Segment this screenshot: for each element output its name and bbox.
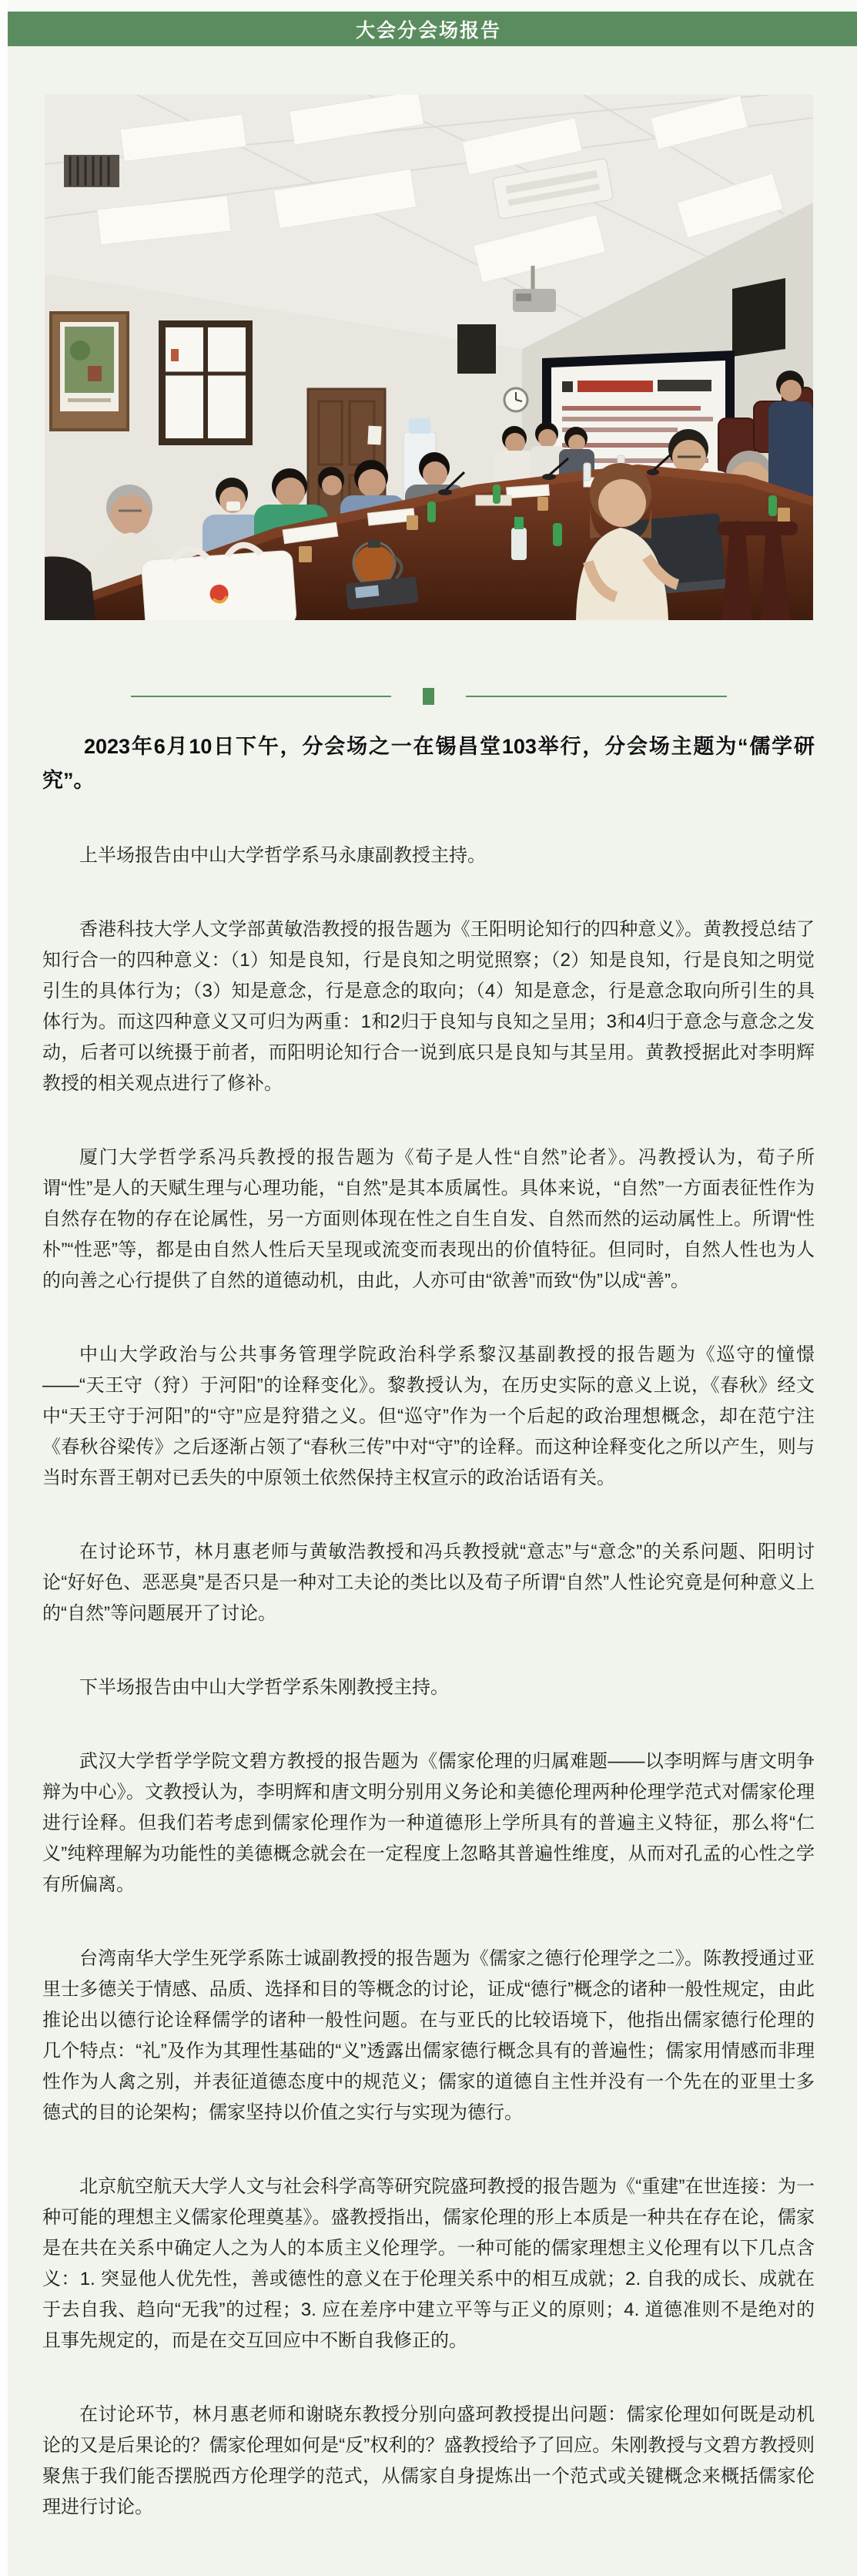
lead-paragraph: 2023年6月10日下午，分会场之一在锡昌堂103举行，分会场主题为“儒学研究”… [42,730,815,797]
wall-grille [64,155,119,187]
divider-line-right-icon [466,696,727,697]
conference-photo[interactable] [45,95,813,620]
paragraph-session1-host: 上半场报告由中山大学哲学系马永康副教授主持。 [42,840,815,871]
paragraph-discussion-2: 在讨论环节，林月惠老师和谢晓东教授分别向盛珂教授提出问题：儒家伦理如何既是动机论… [42,2400,815,2523]
speaker-box-right [732,278,785,357]
paragraph-report-wenbifang: 武汉大学哲学学院文碧方教授的报告题为《儒家伦理的归属难题——以李明辉与唐文明争辩… [42,1746,815,1900]
header-bar: 大会分会场报告 [0,12,857,46]
paragraph-session2-host: 下半场报告由中山大学哲学系朱刚教授主持。 [42,1672,815,1703]
page-left-gutter [0,0,8,2576]
window [159,320,253,445]
divider-square-icon [423,688,434,705]
wall-clock [504,388,527,411]
paragraph-discussion-1: 在讨论环节，林月惠老师与黄敏浩教授和冯兵教授就“意志”与“意念”的关系问题、阳明… [42,1537,815,1629]
picture-frame [51,313,128,430]
article-page: 大会分会场报告 [0,0,857,2576]
paragraph-report-shengke: 北京航空航天大学人文与社会科学高等研究院盛珂教授的报告题为《“重建”在世连接：为… [42,2172,815,2356]
page-title: 大会分会场报告 [356,15,501,43]
paragraph-report-chenshicheng: 台湾南华大学生死学系陈士诚副教授的报告题为《儒家之德行伦理学之二》。陈教授通过亚… [42,1944,815,2128]
page-top-strip [0,0,857,12]
paragraph-report-fengbing: 厦门大学哲学系冯兵教授的报告题为《荀子是人性“自然”论者》。冯教授认为，荀子所谓… [42,1142,815,1296]
article-body: 2023年6月10日下午，分会场之一在锡昌堂103举行，分会场主题为“儒学研究”… [0,730,857,2548]
divider-line-left-icon [131,696,392,697]
speaker-box [457,324,496,374]
section-divider [131,688,727,705]
paragraph-report-lihanji: 中山大学政治与公共事务管理学院政治科学系黎汉基副教授的报告题为《巡守的憧憬——“… [42,1340,815,1494]
conference-room-scene [45,95,813,620]
paragraph-report-huangminhao: 香港科技大学人文学部黄敏浩教授的报告题为《王阳明论知行的四种意义》。黄教授总结了… [42,914,815,1099]
